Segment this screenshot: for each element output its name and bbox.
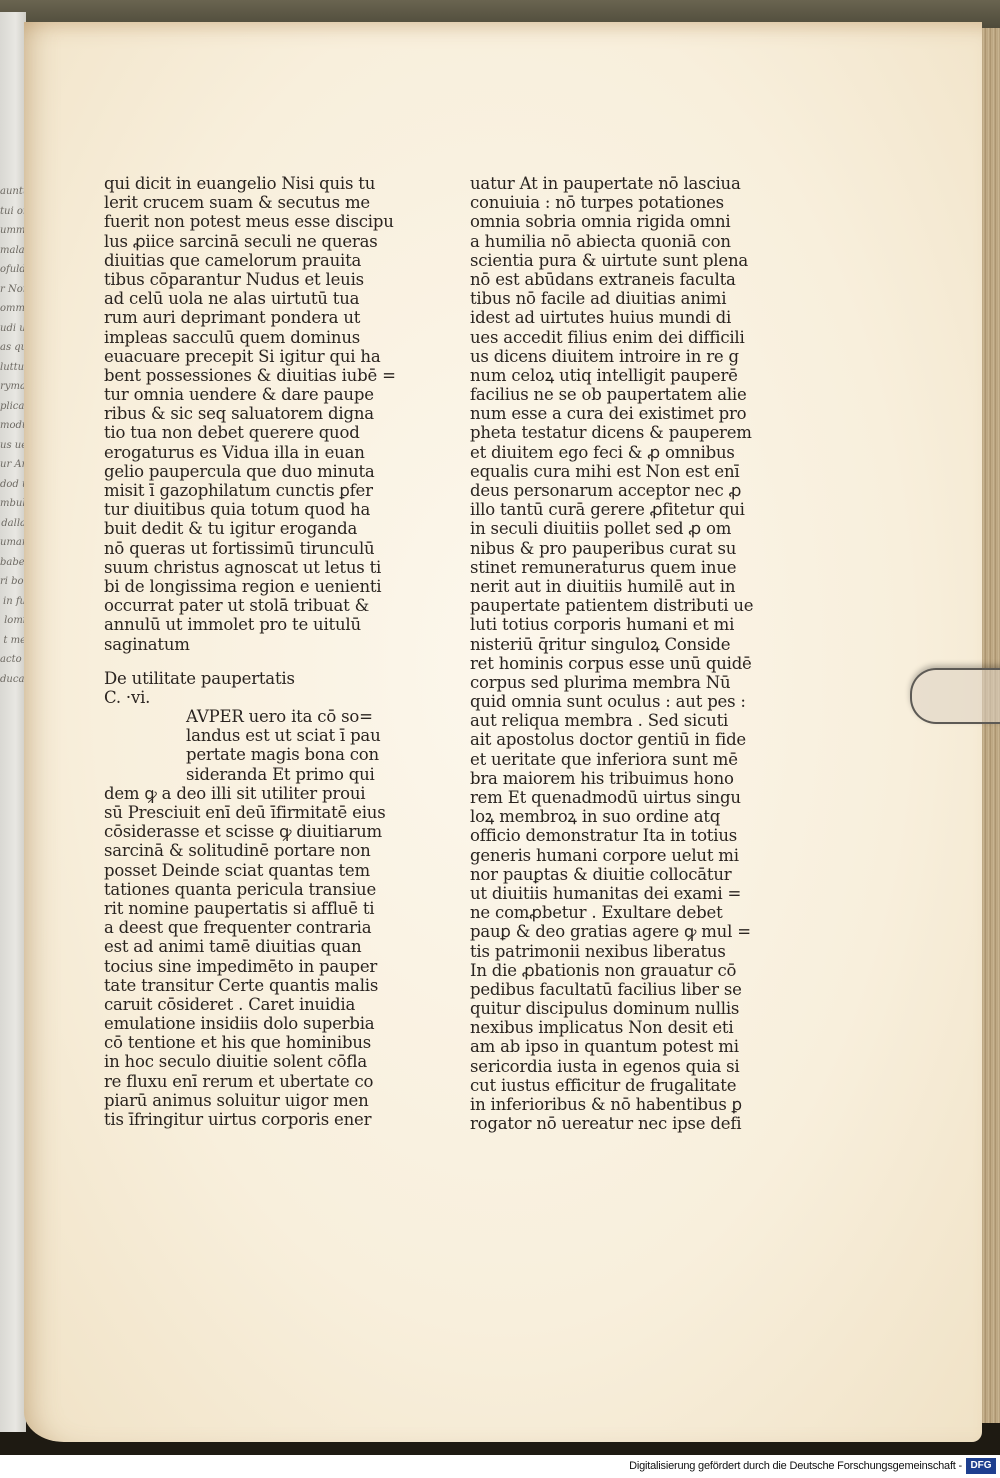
text-line: in hoc seculo diuitie solent cōfla bbox=[104, 1052, 396, 1071]
text-line: rem Et quenadmodū uirtus singu bbox=[470, 788, 753, 807]
left-column-continuation: dem ꝙ a deo illi sit utiliter prouisū Pr… bbox=[104, 784, 396, 1129]
text-line: sarcinā & solitudinē portare non bbox=[104, 841, 396, 860]
text-line: ryma bbox=[0, 377, 26, 397]
text-line: nerit aut in diuitiis humilē aut in bbox=[470, 577, 753, 596]
text-line: AVPER uero ita cō so= bbox=[186, 707, 396, 726]
text-line: tur omnia uendere & dare paupe bbox=[104, 385, 396, 404]
text-line: scientia pura & uirtute sunt plena bbox=[470, 251, 753, 270]
text-line: suum christus agnoscat ut letus ti bbox=[104, 558, 396, 577]
text-line: rum auri deprimant pondera ut bbox=[104, 308, 396, 327]
text-line: et diuitem ego feci & ꝓ omnibus bbox=[470, 443, 753, 462]
text-line: euacuare precepit Si igitur qui ha bbox=[104, 347, 396, 366]
text-line: plicaē bbox=[0, 397, 26, 417]
text-line: equalis cura mihi est Non est enī bbox=[470, 462, 753, 481]
text-line: tocius sine impedimēto in pauper bbox=[104, 957, 396, 976]
text-line: auntus bbox=[0, 182, 26, 202]
text-line: misit ī gazophilatum cunctis ꝑfer bbox=[104, 481, 396, 500]
text-line: tui or bbox=[0, 202, 26, 222]
left-column-body: qui dicit in euangelio Nisi quis tulerit… bbox=[104, 174, 396, 654]
text-line: tationes quanta pericula transiue bbox=[104, 880, 396, 899]
text-line: stinet remuneraturus quem inue bbox=[470, 558, 753, 577]
text-line: lus ꝓiice sarcinā seculi ne queras bbox=[104, 232, 396, 251]
text-line: In die ꝓbationis non grauatur cō bbox=[470, 961, 753, 980]
text-line: ad celū uola ne alas uirtutū tua bbox=[104, 289, 396, 308]
text-line: in inferioribus & nō habentibus ꝑ bbox=[470, 1095, 753, 1114]
text-line: nibus & pro pauperibus curat su bbox=[470, 539, 753, 558]
text-line: aut reliqua membra . Sed sicuti bbox=[470, 711, 753, 730]
text-line: ne comꝓbetur . Exultare debet bbox=[470, 903, 753, 922]
left-page-text-fragments: auntustui orummslemalaqofuldor Nonommuud… bbox=[0, 182, 26, 689]
text-line: bent possessiones & diuitias iubē = bbox=[104, 366, 396, 385]
text-line: nisteriū q̄ritur singuloꝝ Conside bbox=[470, 635, 753, 654]
text-line: ait apostolus doctor gentiū in fide bbox=[470, 730, 753, 749]
text-line: a deest que frequenter contraria bbox=[104, 918, 396, 937]
text-line: cōsiderasse et scisse ꝙ diuitiarum bbox=[104, 822, 396, 841]
text-line: paupertate patientem distributi ue bbox=[470, 596, 753, 615]
text-line: piarū animus soluitur uigor men bbox=[104, 1091, 396, 1110]
text-line: num esse a cura dei existimet pro bbox=[470, 404, 753, 423]
left-facing-page-edge: auntustui orummslemalaqofuldor Nonommuud… bbox=[0, 12, 26, 1432]
funding-credit: Digitalisierung gefördert durch die Deut… bbox=[629, 1460, 962, 1472]
text-line: idest ad uirtutes huius mundi di bbox=[470, 308, 753, 327]
text-line: sū Presciuit enī deū īfirmitatē eius bbox=[104, 803, 396, 822]
text-line: umanc bbox=[0, 533, 26, 553]
text-line: et ueritate que inferiora sunt mē bbox=[470, 750, 753, 769]
text-line: loꝝ membroꝝ in suo ordine atq bbox=[470, 807, 753, 826]
text-line: dem ꝙ a deo illi sit utiliter proui bbox=[104, 784, 396, 803]
text-line: lomi bbox=[0, 611, 26, 631]
text-line: r Non bbox=[0, 280, 26, 300]
text-line: us dicens diuitem introire in re g bbox=[470, 347, 753, 366]
text-line: bi de longissima region e uenienti bbox=[104, 577, 396, 596]
chapter-heading: De utilitate paupertatis bbox=[104, 669, 396, 688]
text-line: dalla bbox=[0, 514, 26, 534]
text-line: udi ud bbox=[0, 319, 26, 339]
text-line: posset Deinde sciat quantas tem bbox=[104, 861, 396, 880]
text-line: fuerit non potest meus esse discipu bbox=[104, 212, 396, 231]
text-line: ducan bbox=[0, 670, 26, 690]
text-line: sideranda Et primo qui bbox=[186, 765, 396, 784]
text-line: tibus nō facile ad diuitias animi bbox=[470, 289, 753, 308]
text-line: corpus sed plurima membra Nū bbox=[470, 673, 753, 692]
text-line: ret hominis corpus esse unū quidē bbox=[470, 654, 753, 673]
text-line: tio tua non debet querere quod bbox=[104, 423, 396, 442]
text-line: luti totius corporis humani et mi bbox=[470, 615, 753, 634]
text-line: nō est abūdans extraneis faculta bbox=[470, 270, 753, 289]
text-line: as quo bbox=[0, 338, 26, 358]
left-text-column: qui dicit in euangelio Nisi quis tulerit… bbox=[104, 174, 396, 1129]
text-line: uatur At in paupertate nō lasciua bbox=[470, 174, 753, 193]
text-line: annulū ut immolet pro te uitulū bbox=[104, 615, 396, 634]
text-line: illo tantū curā gerere ꝓfitetur qui bbox=[470, 500, 753, 519]
text-line: occurrat pater ut stolā tribuat & bbox=[104, 596, 396, 615]
text-line: ues accedit filius enim dei difficili bbox=[470, 328, 753, 347]
text-line: facilius ne se ob paupertatem alie bbox=[470, 385, 753, 404]
text-line: rit nomine paupertatis si affluē ti bbox=[104, 899, 396, 918]
text-line: luttur bbox=[0, 358, 26, 378]
text-line: num celoꝝ utiq intelligit pauperē bbox=[470, 366, 753, 385]
text-line: qui dicit in euangelio Nisi quis tu bbox=[104, 174, 396, 193]
text-line: officio demonstratur Ita in totius bbox=[470, 826, 753, 845]
text-line: am ab ipso in quantum potest mi bbox=[470, 1037, 753, 1056]
text-line: pedibus facultatū facilius liber se bbox=[470, 980, 753, 999]
text-line: bra maiorem his tribuimus hono bbox=[470, 769, 753, 788]
text-line: deus personarum acceptor nec ꝓ bbox=[470, 481, 753, 500]
text-line: tibus cōparantur Nudus et leuis bbox=[104, 270, 396, 289]
right-column-body: uatur At in paupertate nō lasciuaconuiui… bbox=[470, 174, 753, 1133]
text-line: omnia sobria omnia rigida omni bbox=[470, 212, 753, 231]
text-line: tis patrimonii nexibus liberatus bbox=[470, 942, 753, 961]
text-line: pheta testatur dicens & pauperem bbox=[470, 423, 753, 442]
scanned-book-spread: auntustui orummslemalaqofuldor Nonommuud… bbox=[0, 0, 1000, 1455]
text-line: nō queras ut fortissimū tirunculū bbox=[104, 539, 396, 558]
text-line: babeo bbox=[0, 553, 26, 573]
text-line: generis humani corpore uelut mi bbox=[470, 846, 753, 865]
text-line: tis īfringitur uirtus corporis ener bbox=[104, 1110, 396, 1129]
text-line: acto et bbox=[0, 650, 26, 670]
chapter-number: C. ·vi. bbox=[104, 688, 396, 707]
text-line: sericordia iusta in egenos quia si bbox=[470, 1057, 753, 1076]
text-line: in seculi diuitiis pollet sed ꝓ om bbox=[470, 519, 753, 538]
text-line: impleas sacculū quem dominus bbox=[104, 328, 396, 347]
text-line: modum bbox=[0, 416, 26, 436]
right-text-column: uatur At in paupertate nō lasciuaconuiui… bbox=[470, 174, 753, 1133]
text-line: mbula bbox=[0, 494, 26, 514]
text-line: dod uen bbox=[0, 475, 26, 495]
text-line: ofuldo bbox=[0, 260, 26, 280]
text-line: caruit cōsideret . Caret inuidia bbox=[104, 995, 396, 1014]
text-line: landus est ut sciat ī pau bbox=[186, 726, 396, 745]
text-line: quitur discipulus dominum nullis bbox=[470, 999, 753, 1018]
text-line: rogator nō uereatur nec ipse defi bbox=[470, 1114, 753, 1133]
text-line: tur diuitibus quia totum quod ha bbox=[104, 500, 396, 519]
dfg-logo: DFG bbox=[966, 1458, 996, 1474]
text-line: emulatione insidiis dolo superbia bbox=[104, 1014, 396, 1033]
text-line: cō tentione et his que hominibus bbox=[104, 1033, 396, 1052]
text-line: nexibus implicatus Non desit eti bbox=[470, 1018, 753, 1037]
text-line: pertate magis bona con bbox=[186, 745, 396, 764]
bookmark-clip-icon bbox=[910, 668, 1000, 724]
text-line: ribus & sic seq saluatorem digna bbox=[104, 404, 396, 423]
initial-paragraph-indent: AVPER uero ita cō so=landus est ut sciat… bbox=[104, 707, 396, 784]
text-line: lerit crucem suam & secutus me bbox=[104, 193, 396, 212]
text-line: gelio paupercula que duo minuta bbox=[104, 462, 396, 481]
text-line: est ad animi tamē diuitias quan bbox=[104, 937, 396, 956]
text-line: malaq bbox=[0, 241, 26, 261]
text-line: tate transitur Certe quantis malis bbox=[104, 976, 396, 995]
text-line: ummsle bbox=[0, 221, 26, 241]
footer-bar: Digitalisierung gefördert durch die Deut… bbox=[0, 1455, 1000, 1478]
text-line: a humilia nō abiecta quoniā con bbox=[470, 232, 753, 251]
text-line: ut diuitiis humanitas dei exami = bbox=[470, 884, 753, 903]
text-line: re fluxu enī rerum et ubertate co bbox=[104, 1072, 396, 1091]
text-line: in fu bbox=[0, 592, 26, 612]
text-line: cut iustus efficitur de frugalitate bbox=[470, 1076, 753, 1095]
text-line: t me bbox=[0, 631, 26, 651]
text-line: us ueu bbox=[0, 436, 26, 456]
text-line: pauꝑ & deo gratias agere ꝙ mul = bbox=[470, 922, 753, 941]
text-line: quid omnia sunt oculus : aut pes : bbox=[470, 692, 753, 711]
text-line: nor pauꝑtas & diuitie collocātur bbox=[470, 865, 753, 884]
text-line: ri boc bbox=[0, 572, 26, 592]
text-line: saginatum bbox=[104, 635, 396, 654]
text-line: conuiuia : nō turpes potationes bbox=[470, 193, 753, 212]
text-line: ur Arg bbox=[0, 455, 26, 475]
text-line: buit dedit & tu igitur eroganda bbox=[104, 519, 396, 538]
text-line: erogaturus es Vidua illa in euan bbox=[104, 443, 396, 462]
text-line: ommu bbox=[0, 299, 26, 319]
text-line: diuitias que camelorum prauita bbox=[104, 251, 396, 270]
